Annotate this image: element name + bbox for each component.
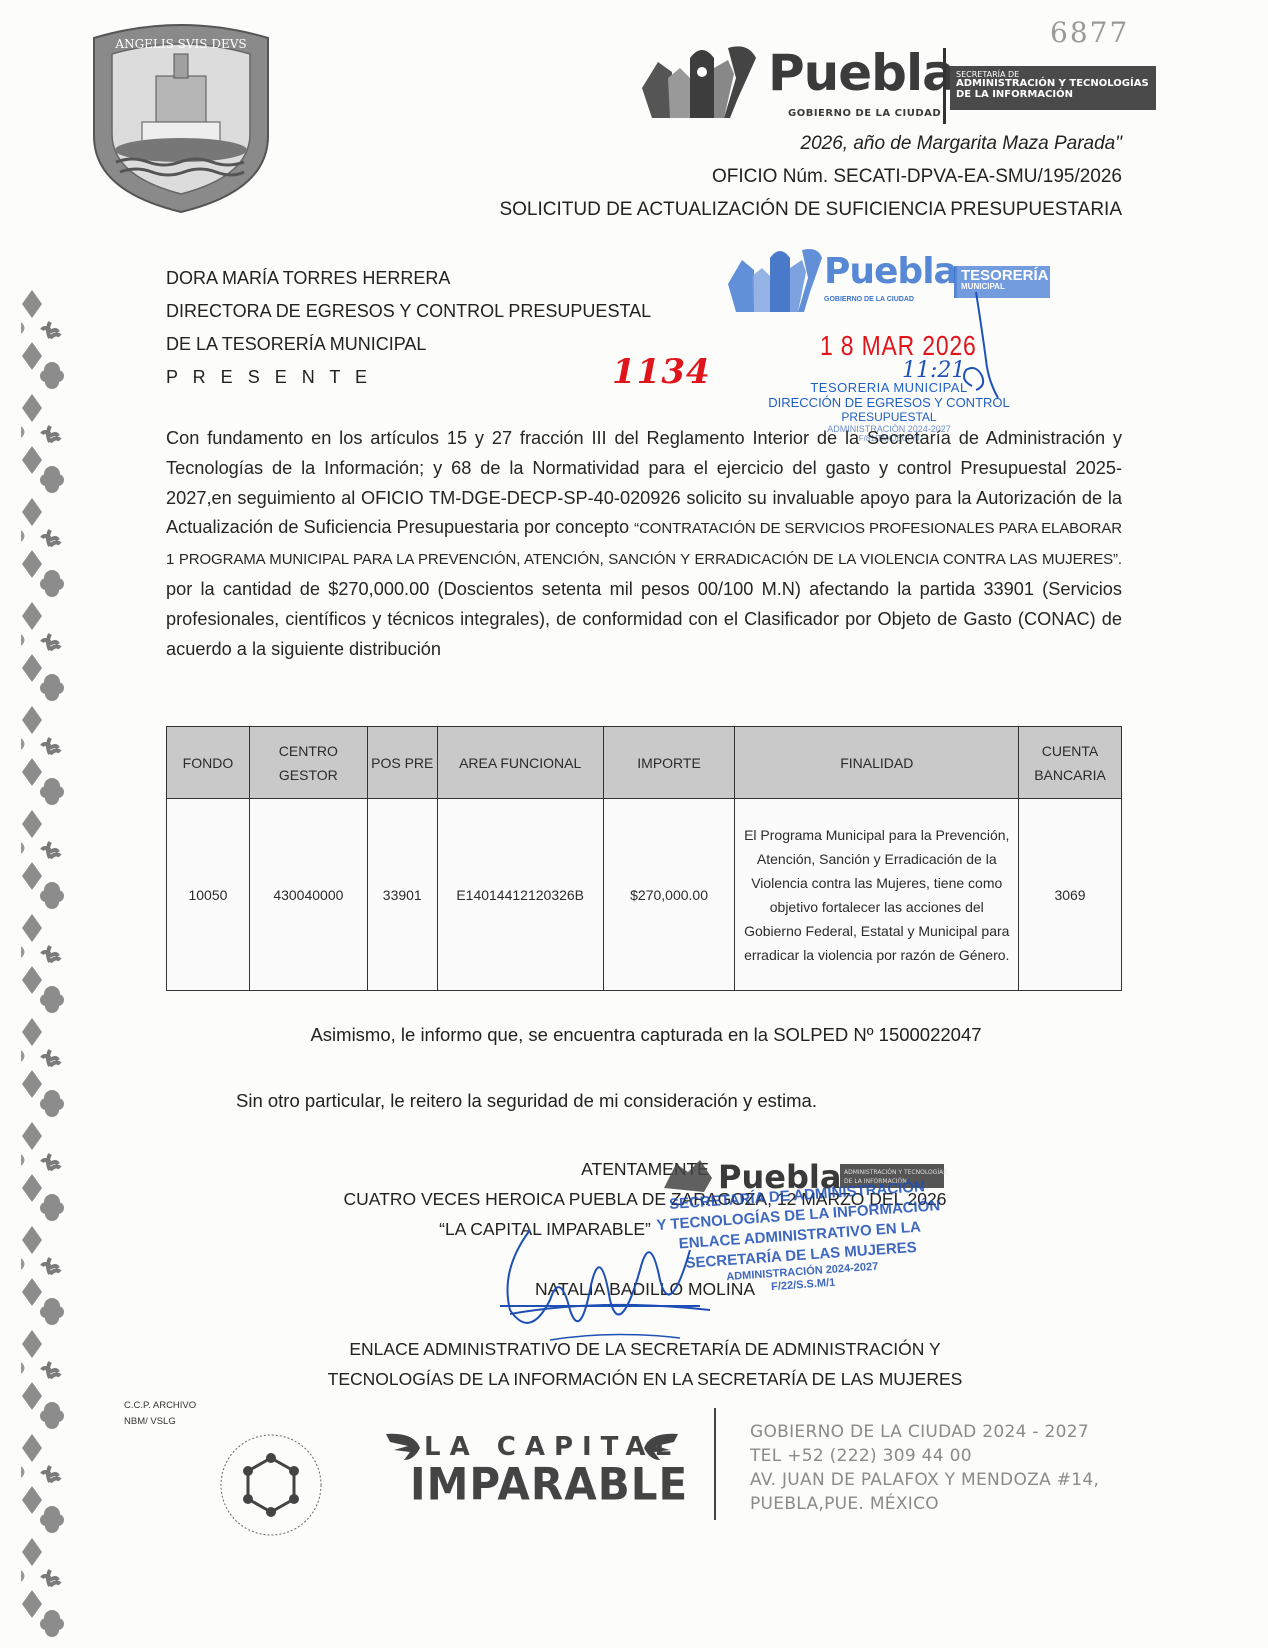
col-header-pos-pre: POS PRE bbox=[367, 727, 437, 799]
stamp-logo-icon bbox=[726, 244, 824, 312]
city-skyline-logo-icon bbox=[638, 38, 766, 118]
stamp-box-line-1: TESORERÍA bbox=[961, 268, 1046, 283]
solped-note: Asimismo, le informo que, se encuentra c… bbox=[0, 1024, 1268, 1046]
table-row: 10050 430040000 33901 E14014412120326B $… bbox=[167, 799, 1122, 991]
year-motto: 2026, año de Margarita Maza Parada" bbox=[801, 133, 1123, 155]
addressee-block: DORA MARÍA TORRES HERRERA DIRECTORA DE E… bbox=[166, 262, 651, 394]
reception-stamp: Puebla GOBIERNO DE LA CIUDAD TESORERÍA M… bbox=[724, 240, 1064, 430]
decorative-border bbox=[18, 290, 68, 1640]
footer-address-1: AV. JUAN DE PALAFOX Y MENDOZA #14, bbox=[750, 1468, 1099, 1492]
logo-subtitle: GOBIERNO DE LA CIUDAD bbox=[788, 108, 941, 119]
dept-line-3: DE LA INFORMACIÓN bbox=[956, 90, 1150, 101]
footer-contact-info: GOBIERNO DE LA CIUDAD 2024 - 2027 TEL +5… bbox=[750, 1420, 1099, 1516]
logo-divider bbox=[943, 48, 946, 124]
stamp-line-2: DIRECCIÓN DE EGRESOS Y CONTROL bbox=[724, 395, 1054, 410]
col-header-area-funcional: AREA FUNCIONAL bbox=[437, 727, 603, 799]
ccp-line-2: NBM/ VSLG bbox=[124, 1414, 196, 1430]
cell-pos-pre: 33901 bbox=[367, 799, 437, 991]
stamp-line-3: PRESUPUESTAL bbox=[724, 410, 1054, 424]
footer-divider bbox=[714, 1408, 716, 1520]
cell-centro-gestor: 430040000 bbox=[249, 799, 367, 991]
ccp-block: C.C.P. ARCHIVO NBM/ VSLG bbox=[124, 1398, 196, 1430]
addressee-title-1: DIRECTORA DE EGRESOS Y CONTROL PRESUPUES… bbox=[166, 295, 651, 328]
department-badge: SECRETARÍA DE ADMINISTRACIÓN Y TECNOLOGÍ… bbox=[950, 66, 1156, 110]
stamp-wordmark: Puebla bbox=[824, 254, 957, 290]
distribution-table: FONDO CENTRO GESTOR POS PRE AREA FUNCION… bbox=[166, 726, 1122, 991]
body-text-2: por la cantidad de $270,000.00 (Doscient… bbox=[166, 579, 1122, 659]
cell-fondo: 10050 bbox=[167, 799, 250, 991]
col-header-centro-gestor: CENTRO GESTOR bbox=[249, 727, 367, 799]
col-header-fondo: FONDO bbox=[167, 727, 250, 799]
handwritten-initials-icon bbox=[952, 290, 1002, 400]
handwritten-signature-icon bbox=[490, 1210, 720, 1350]
table-header-row: FONDO CENTRO GESTOR POS PRE AREA FUNCION… bbox=[167, 727, 1122, 799]
col-header-cuenta-bancaria: CUENTA BANCARIA bbox=[1019, 727, 1122, 799]
cell-cuenta-bancaria: 3069 bbox=[1019, 799, 1122, 991]
document-subject: SOLICITUD DE ACTUALIZACIÓN DE SUFICIENCI… bbox=[499, 199, 1122, 221]
body-paragraph: Con fundamento en los artículos 15 y 27 … bbox=[166, 424, 1122, 664]
ccp-line-1: C.C.P. ARCHIVO bbox=[124, 1398, 196, 1414]
folio-number: 1134 bbox=[612, 352, 711, 392]
svg-text:ADMINISTRACIÓN Y TECNOLOGÍAS: ADMINISTRACIÓN Y TECNOLOGÍAS bbox=[844, 1169, 947, 1176]
stamp-subtitle: GOBIERNO DE LA CIUDAD bbox=[824, 296, 914, 303]
cell-importe: $270,000.00 bbox=[603, 799, 735, 991]
footer-address-2: PUEBLA,PUE. MÉXICO bbox=[750, 1492, 1099, 1516]
salutation: P R E S E N T E bbox=[166, 361, 651, 394]
closing-line: Sin otro particular, le reitero la segur… bbox=[236, 1090, 817, 1112]
addressee-name: DORA MARÍA TORRES HERRERA bbox=[166, 262, 651, 295]
stamp-line-1: TESORERIA MUNICIPAL bbox=[724, 380, 1054, 395]
logo-imparable: IMPARABLE bbox=[410, 1459, 688, 1510]
cell-area-funcional: E14014412120326B bbox=[437, 799, 603, 991]
equality-certification-seal-icon bbox=[216, 1430, 326, 1540]
svg-text:ANGELIS SVIS DEVS: ANGELIS SVIS DEVS bbox=[114, 37, 246, 51]
cell-finalidad: El Programa Municipal para la Prevención… bbox=[735, 799, 1019, 991]
footer-line-1: GOBIERNO DE LA CIUDAD 2024 - 2027 bbox=[750, 1420, 1099, 1444]
col-header-finalidad: FINALIDAD bbox=[735, 727, 1019, 799]
oficio-number: OFICIO Núm. SECATI-DPVA-EA-SMU/195/2026 bbox=[712, 166, 1122, 188]
col-header-importe: IMPORTE bbox=[603, 727, 735, 799]
addressee-title-2: DE LA TESORERÍA MUNICIPAL bbox=[166, 328, 651, 361]
signer-position-2: TECNOLOGÍAS DE LA INFORMACIÓN EN LA SECR… bbox=[300, 1364, 990, 1394]
footer-phone: TEL +52 (222) 309 44 00 bbox=[750, 1444, 1099, 1468]
la-capital-imparable-logo: LA CAPITAL IMPARABLE bbox=[384, 1430, 684, 1510]
puebla-header-logo: Puebla GOBIERNO DE LA CIUDAD SECRETARÍA … bbox=[638, 38, 1158, 128]
logo-wordmark: Puebla bbox=[768, 48, 955, 98]
city-coat-of-arms: ANGELIS SVIS DEVS bbox=[86, 16, 276, 214]
